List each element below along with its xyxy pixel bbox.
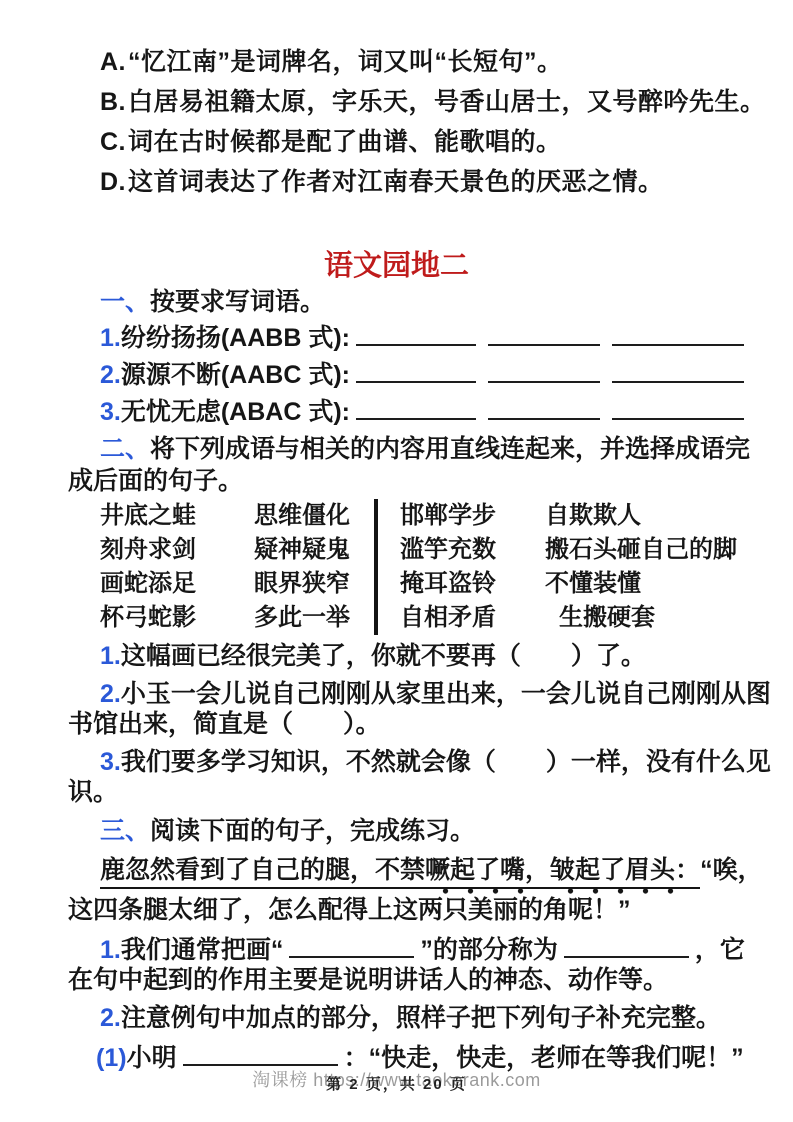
idiom-cell: 自相矛盾 [400,601,545,635]
answer-blank [356,324,476,346]
item-number: 1. [100,936,121,964]
option-c-label: C. [100,128,126,156]
word-item-2-text: 源源不断(AABC 式): [121,361,350,389]
section-two-items: 1.这幅画已经很完美了，你就不要再（ ）了。 2.小玉一会儿说自己刚刚从家里出来… [0,641,793,807]
option-a-label: A. [100,48,126,76]
s3-question-1-line-1: 1.我们通常把画“”的部分称为，它 [68,935,773,965]
section-one-number: 一、 [100,288,150,316]
item-number: 3. [100,748,121,776]
s3-q1-text-3: ，它 [695,936,745,964]
idiom-cell: 自欺欺人 [545,499,755,533]
item-number: 1. [100,324,121,352]
idiom-cell: 疑神疑鬼 [254,533,358,567]
passage-line-2: 这四条腿太细了，怎么配得上这两只美丽的角呢！” [68,895,773,925]
section-one-items: 1.纷纷扬扬(AABB 式): 2.源源不断(AABC 式): 3.无忧无虑(A… [0,320,793,431]
answer-blank [612,324,744,346]
answer-blank [612,361,744,383]
idiom-cell: 思维僵化 [254,499,358,533]
s3-question-1-line-2: 在句中起到的作用主要是说明讲话人的神态、动作等。 [68,965,773,995]
item-number: 3. [100,398,121,426]
idiom-column-4: 自欺欺人 搬石头砸自己的脚 不懂装懂 生搬硬套 [545,499,755,635]
idiom-column-2: 思维僵化 疑神疑鬼 眼界狭窄 多此一举 [254,499,358,635]
emphasized-phrase-1: 噘起了嘴 [425,856,525,894]
option-a: A.“忆江南”是词牌名，词又叫“长短句”。 [100,42,769,82]
answer-blank [356,398,476,420]
section-two-number: 二、 [100,435,150,463]
answer-blank [488,398,600,420]
idiom-cell: 井底之蛙 [100,499,254,533]
passage-line-1: 鹿忽然看到了自己的腿，不禁噘起了嘴，皱起了眉头：“唉， [68,855,773,885]
option-c: C.词在古时候都是配了曲谱、能歌唱的。 [100,122,769,162]
section-one-heading-text: 按要求写词语。 [150,288,325,316]
answer-blank [183,1044,338,1066]
idiom-match-left-half: 井底之蛙 刻舟求剑 画蛇添足 杯弓蛇影 思维僵化 疑神疑鬼 眼界狭窄 多此一举 [100,499,378,635]
s3-question-2: 2.注意例句中加点的部分，照样子把下列句子补充完整。 [68,1003,773,1033]
option-d: D.这首词表达了作者对江南春天景色的厌恶之情。 [100,162,769,202]
idiom-cell: 搬石头砸自己的脚 [545,533,755,567]
passage-part: ， [525,856,550,884]
answer-blank [289,936,414,958]
emphasized-phrase-2: 皱起了眉头 [550,856,675,894]
word-item-1-text: 纷纷扬扬(AABB 式): [121,324,350,352]
page-number: 第 2 页，共 20 页 [0,1073,793,1094]
idiom-cell: 滥竽充数 [400,533,545,567]
answer-blank [612,398,744,420]
fill-sentence-1-text: 这幅画已经很完美了，你就不要再（ ）了。 [121,642,646,670]
answer-blank [488,324,600,346]
passage-quote-start: “唉， [700,856,763,884]
idiom-cell: 多此一举 [254,601,358,635]
item-number: 2. [100,680,121,708]
idiom-cell: 画蛇添足 [100,567,254,601]
section-three-number: 三、 [100,817,150,845]
word-item-3: 3.无忧无虑(ABAC 式): [68,394,773,431]
answer-blank [356,361,476,383]
idiom-cell: 杯弓蛇影 [100,601,254,635]
worksheet-title: 语文园地二 [0,248,793,284]
underlined-passage: 鹿忽然看到了自己的腿，不禁噘起了嘴，皱起了眉头： [100,856,700,889]
fill-sentence-2: 2.小玉一会儿说自己刚刚从家里出来，一会儿说自己刚刚从图书馆出来，简直是（ ）。 [68,679,773,739]
section-two-heading: 二、将下列成语与相关的内容用直线连起来，并选择成语完成后面的句子。 [68,433,773,497]
idiom-column-3: 邯郸学步 滥竽充数 掩耳盗铃 自相矛盾 [400,499,545,635]
answer-blank [488,361,600,383]
idiom-match-right-half: 邯郸学步 滥竽充数 掩耳盗铃 自相矛盾 自欺欺人 搬石头砸自己的脚 不懂装懂 生… [378,499,755,635]
idiom-cell: 邯郸学步 [400,499,545,533]
option-c-text: 词在古时候都是配了曲谱、能歌唱的。 [128,128,562,156]
section-one-heading: 一、按要求写词语。 [68,286,773,318]
option-b: B.白居易祖籍太原，字乐天，号香山居士，又号醉吟先生。 [100,82,769,122]
word-item-2: 2.源源不断(AABC 式): [68,357,773,394]
idiom-cell: 不懂装懂 [545,567,755,601]
section-two-heading-text: 将下列成语与相关的内容用直线连起来，并选择成语完成后面的句子。 [68,435,750,495]
passage-part: ： [675,856,700,884]
fill-sentence-2-text: 小玉一会儿说自己刚刚从家里出来，一会儿说自己刚刚从图书馆出来，简直是（ ）。 [68,680,771,738]
s3-q1-text-2: ”的部分称为 [420,936,558,964]
section-three-heading: 三、阅读下面的句子，完成练习。 [68,815,773,847]
word-item-1: 1.纷纷扬扬(AABB 式): [68,320,773,357]
item-number: 1. [100,642,121,670]
choice-options: A.“忆江南”是词牌名，词又叫“长短句”。 B.白居易祖籍太原，字乐天，号香山居… [100,42,769,202]
idiom-cell: 掩耳盗铃 [400,567,545,601]
idiom-cell: 眼界狭窄 [254,567,358,601]
fill-sentence-3-text: 我们要多学习知识，不然就会像（ ）一样，没有什么见识。 [68,748,771,806]
idiom-cell: 刻舟求剑 [100,533,254,567]
worksheet-page: A.“忆江南”是词牌名，词又叫“长短句”。 B.白居易祖籍太原，字乐天，号香山居… [0,0,793,1122]
option-b-label: B. [100,88,126,116]
option-b-text: 白居易祖籍太原，字乐天，号香山居士，又号醉吟先生。 [128,88,766,116]
word-item-3-text: 无忧无虑(ABAC 式): [121,398,350,426]
s3-question-2-text: 注意例句中加点的部分，照样子把下列句子补充完整。 [121,1004,721,1032]
option-a-text: “忆江南”是词牌名，词又叫“长短句”。 [128,48,563,76]
idiom-match-table: 井底之蛙 刻舟求剑 画蛇添足 杯弓蛇影 思维僵化 疑神疑鬼 眼界狭窄 多此一举 … [100,499,793,635]
s3-q1-text-1: 我们通常把画“ [121,936,284,964]
answer-blank [564,936,689,958]
item-number: 2. [100,361,121,389]
option-d-label: D. [100,168,126,196]
idiom-column-1: 井底之蛙 刻舟求剑 画蛇添足 杯弓蛇影 [100,499,254,635]
idiom-cell: 生搬硬套 [545,601,755,635]
option-d-text: 这首词表达了作者对江南春天景色的厌恶之情。 [128,168,664,196]
fill-sentence-3: 3.我们要多学习知识，不然就会像（ ）一样，没有什么见识。 [68,747,773,807]
section-three-heading-text: 阅读下面的句子，完成练习。 [150,817,475,845]
item-number: 2. [100,1004,121,1032]
passage-part: 鹿忽然看到了自己的腿，不禁 [100,856,425,884]
fill-sentence-1: 1.这幅画已经很完美了，你就不要再（ ）了。 [68,641,773,671]
